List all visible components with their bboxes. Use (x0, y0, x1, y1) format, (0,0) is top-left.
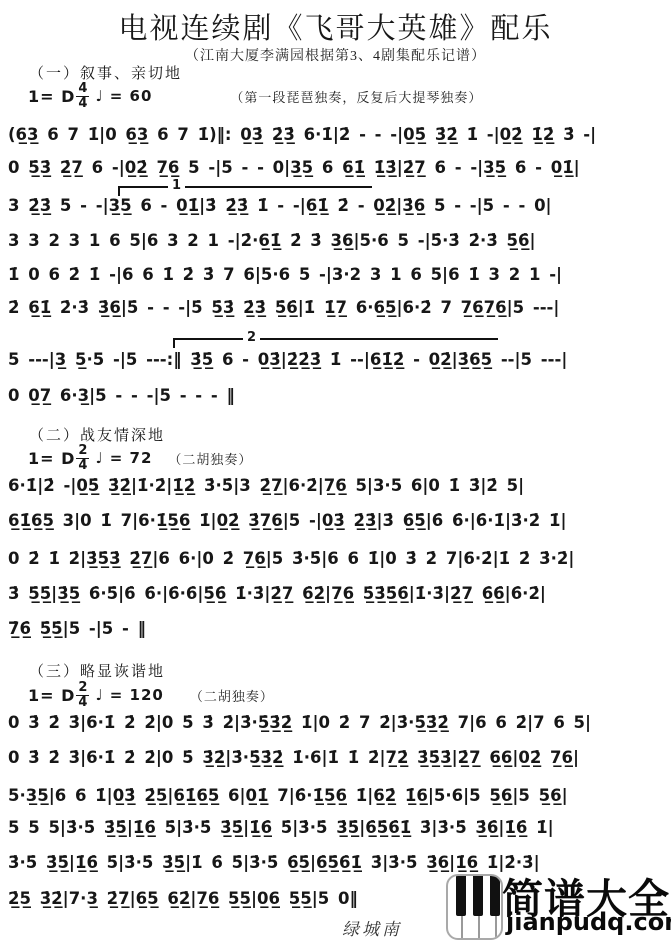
music-line: 3̇ 5̲̇5̲̇|3̲̇5̲ 6̇·5̇|6̇ 6̇·|6̇·6̇|5̲̇6̲… (8, 581, 668, 607)
section-2-heading: （二）战友情深地 (29, 424, 165, 445)
music-line: 0 0̲7̲ 6·3̲|5 - - -|5 - - - ‖ (8, 383, 668, 409)
performance-annotation: （第一段琵琶独奏，反复后大提琴独奏） (230, 87, 482, 106)
page-title: 电视连续剧《飞哥大英雄》配乐 (0, 6, 671, 47)
music-line: 2̇ 6̲1̲̇ 2̇·3̇ 3̲̇6̲|5̇ - - -|5̇ 5̲̇3̲̇ … (8, 295, 668, 321)
piano-black-key (456, 874, 466, 916)
music-line: 3 3 2 3 1 6 5|6 3 2 1 -|2̇·6̲1̲̇ 2̇ 3̇ 3… (8, 228, 668, 254)
section-1-keyline: 1= D 4 4 ♩ = 60 （第一段琵琶独奏，反复后大提琴独奏） (28, 83, 482, 109)
music-line: 5·3̲5̲|6 6 1̇|0̲3̲̇ 2̲̇5̲|6̲1̲̇6̲5̲ 6|0̲… (8, 783, 668, 809)
arranger-signature: 绿城南 (342, 915, 402, 940)
music-line: 0 5̲̇3̲̇ 2̲̇7̲ 6 -|0̲2̲̇ 7̲6̲ 5 -|5 - - … (8, 155, 668, 181)
meter-denominator: 4 (76, 459, 89, 473)
tempo-marking: ♩ = 72 (95, 449, 152, 467)
key-signature: 1= D (28, 686, 75, 705)
section-2-keyline: 1= D 2 4 ♩ = 72 （二胡独奏） (28, 445, 252, 471)
key-signature: 1= D (28, 449, 75, 468)
piano-icon (446, 874, 503, 940)
music-line: 0 3̇ 2̇ 3̇|6·1̇ 2̇ 2̇|0 5̇ 3̲̇2̲̇|3̇·5̲̇… (8, 745, 668, 771)
meter-numerator: 2 (76, 681, 89, 696)
piano-black-key (490, 874, 500, 916)
section-3-heading: （三）略显诙谐地 (29, 660, 165, 681)
performance-annotation: （二胡独奏） (168, 449, 252, 468)
music-line: 5 5 5|3̇·5̇ 3̲̇5̲̇|1̲̇6̲̇ 5̇|3̇·5̇ 3̲̇5̲… (8, 815, 668, 841)
sheet-music-page: 电视连续剧《飞哥大英雄》配乐 （江南大厦李满园根据第3、4剧集配乐记谱） （一）… (0, 0, 671, 942)
meter-fraction: 2 4 (76, 444, 89, 472)
music-line: 0 3̇ 2̇ 3̇|6·1̇ 2̇ 2̇|0 5̇ 3̇ 2̇|3̇·5̲̇3… (8, 710, 668, 736)
watermark-site-url: jianpudq.com (506, 908, 671, 936)
meter-fraction: 4 4 (76, 82, 89, 110)
music-line: (6̲3̲ 6 7 1̇|0 6̲3̲ 6 7 1̇)‖: 0̲3̲̇ 2̲̇3… (8, 122, 668, 148)
key-signature: 1= D (28, 87, 75, 106)
meter-denominator: 4 (76, 696, 89, 710)
piano-black-key (473, 874, 483, 916)
section-3-keyline: 1= D 2 4 ♩ = 120 （二胡独奏） (28, 682, 274, 708)
music-line: 3 2̲̇3̲̇ 5 - -|3̲5̲ 6 - 0̲1̲̇|3̇ 2̲̇3̲̇ … (8, 193, 668, 219)
meter-denominator: 4 (76, 97, 89, 111)
volta-1-label: 1 (168, 178, 185, 193)
meter-numerator: 2 (76, 444, 89, 459)
performance-annotation: （二胡独奏） (190, 686, 274, 705)
music-line: 5 ---|3̲ 5̲·5 -|5 ---:‖ 3̲̇5̲̇ 6 - 0̲3̲̇… (8, 347, 668, 373)
meter-fraction: 2 4 (76, 681, 89, 709)
music-line: 6·1̇|2̇ -|0̲5̲̇ 3̲̇2̲̇|1̇·2̇|1̲̇2̲̇ 3̇·5… (8, 473, 668, 499)
music-line: 7̲̇6̲̇ 5̲̇5̲̇|5 -|5 - ‖ (8, 616, 668, 642)
tempo-marking: ♩ = 120 (95, 686, 163, 704)
music-line: 6̲1̲̇6̲5̲ 3|0 1̇ 7|6·1̲̇5̲6̲ 1̇|0̲2̲̇ 3̲… (8, 508, 668, 534)
volta-2-label: 2 (243, 330, 260, 345)
music-line: 0 2̇ 1̇ 2̇|3̲̇5̲̇3̲̇ 2̲̇7̲|6 6·|0 2̇ 7̲6… (8, 546, 668, 572)
section-1-heading: （一）叙事、亲切地 (29, 62, 182, 83)
music-line: 1̇ 0 6 2̇ 1̇ -|6 6 1̇ 2̇ 3̇ 7 6|5·6 5 -|… (8, 262, 668, 288)
tempo-marking: ♩ = 60 (95, 87, 152, 105)
meter-numerator: 4 (76, 82, 89, 97)
